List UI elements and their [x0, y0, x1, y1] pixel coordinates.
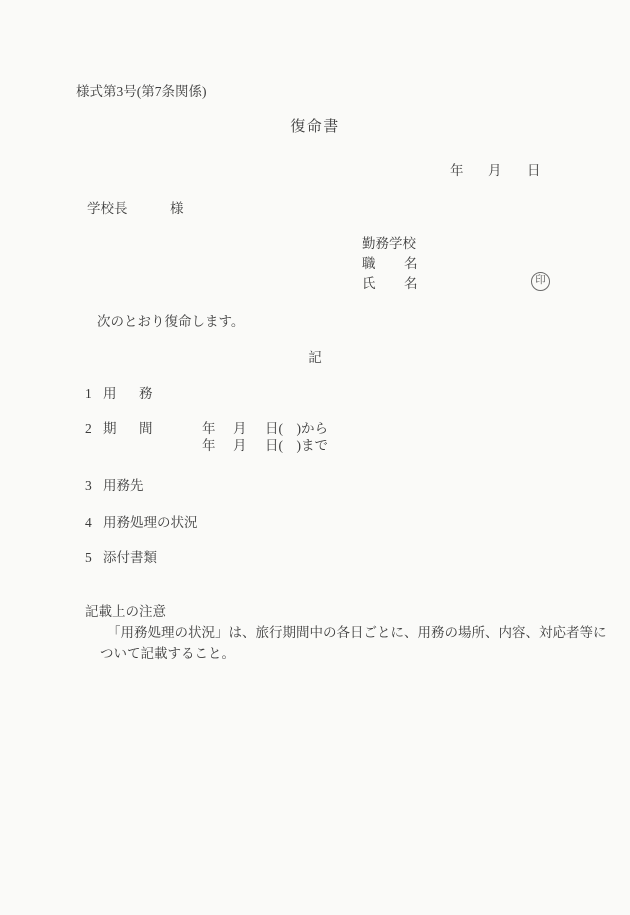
period-from-day-label: 日( )から	[265, 421, 328, 437]
period-to-day-label: 日( )まで	[265, 438, 328, 454]
statement-line: 次のとおり復命します。	[97, 314, 244, 330]
position-label-second: 名	[404, 256, 418, 272]
notes-line-1: 「用務処理の状況」は、旅行期間中の各日ごとに、用務の場所、内容、対応者等に	[107, 625, 607, 641]
item-5-label: 添付書類	[103, 550, 157, 566]
seal-char: 印	[535, 276, 546, 287]
name-label-first: 氏	[362, 276, 376, 292]
notes-heading: 記載上の注意	[85, 604, 166, 620]
item-1-label-second: 務	[139, 386, 153, 402]
form-number-label: 様式第3号(第7条関係)	[76, 84, 207, 100]
item-3-number: 3	[85, 478, 92, 494]
name-label-second: 名	[404, 276, 418, 292]
document-title: 復命書	[0, 119, 630, 136]
record-marker: 記	[0, 350, 630, 366]
item-5-number: 5	[85, 550, 92, 566]
date-month-label: 月	[488, 163, 502, 179]
addressee-honorific-label: 様	[170, 201, 184, 217]
item-2-number: 2	[85, 421, 92, 437]
period-from-year-label: 年	[202, 421, 216, 437]
item-1-number: 1	[85, 386, 92, 402]
addressee-label: 学校長	[87, 201, 128, 217]
date-year-label: 年	[450, 163, 464, 179]
position-label-first: 職	[362, 256, 376, 272]
item-2-label-second: 間	[139, 421, 153, 437]
item-4-label: 用務処理の状況	[103, 515, 198, 531]
period-to-month-label: 月	[233, 438, 247, 454]
sender-work-school-label: 勤務学校	[362, 236, 416, 252]
date-day-label: 日	[527, 163, 541, 179]
item-1-label-first: 用	[103, 386, 117, 402]
item-2-label-first: 期	[103, 421, 117, 437]
notes-line-2: ついて記載すること。	[100, 646, 235, 662]
item-4-number: 4	[85, 515, 92, 531]
period-to-year-label: 年	[202, 438, 216, 454]
period-from-month-label: 月	[233, 421, 247, 437]
item-3-label: 用務先	[103, 478, 144, 494]
fukumeisho-report-form-page: 様式第3号(第7条関係) 復命書 年 月 日 学校長 様 勤務学校 職 名 氏 …	[0, 0, 630, 915]
seal-stamp-icon: 印	[531, 272, 550, 291]
